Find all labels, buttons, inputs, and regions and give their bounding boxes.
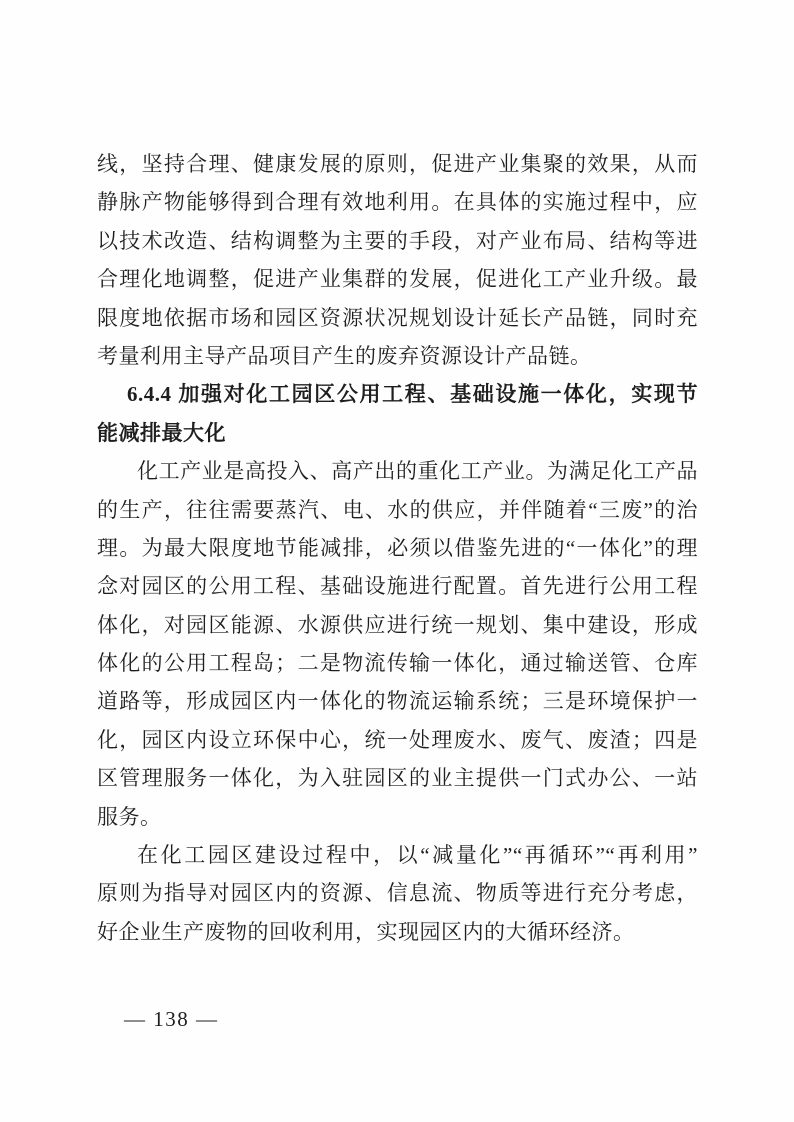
text-line: 体化的公用工程岛；二是物流传输一体化，通过输送管、仓库和 <box>97 644 698 682</box>
paragraph-3: 在化工园区建设过程中，以“减量化”“再循环”“再利用” 原则为指导对园区内的资源… <box>97 836 698 951</box>
text-line: 以技术改造、结构调整为主要的手段，对产业布局、结构等进行 <box>97 222 698 260</box>
text-line: 化，园区内设立环保中心，统一处理废水、废气、废渣；四是园 <box>97 721 698 759</box>
text-line: 在化工园区建设过程中，以“减量化”“再循环”“再利用” <box>97 836 698 874</box>
text-line: 合理化地调整，促进产业集群的发展，促进化工产业升级。最大 <box>97 260 698 298</box>
text-block: 线，坚持合理、健康发展的原则，促进产业集聚的效果，从而使 静脉产物能够得到合理有… <box>97 145 698 951</box>
paragraph-continuation: 线，坚持合理、健康发展的原则，促进产业集聚的效果，从而使 静脉产物能够得到合理有… <box>97 145 698 375</box>
text-line: 好企业生产废物的回收利用，实现园区内的大循环经济。 <box>97 913 698 951</box>
text-line: 服务。 <box>97 798 698 836</box>
text-line: 念对园区的公用工程、基础设施进行配置。首先进行公用工程一 <box>97 567 698 605</box>
heading-line: 6.4.4 加强对化工园区公用工程、基础设施一体化，实现节 <box>97 375 698 413</box>
paragraph-2: 化工产业是高投入、高产出的重化工产业。为满足化工产品 的生产，往往需要蒸汽、电、… <box>97 452 698 836</box>
text-line: 限度地依据市场和园区资源状况规划设计延长产品链，同时充分 <box>97 299 698 337</box>
heading-line: 能减排最大化 <box>97 414 698 452</box>
section-heading-6-4-4: 6.4.4 加强对化工园区公用工程、基础设施一体化，实现节 能减排最大化 <box>97 375 698 452</box>
text-line: 区管理服务一体化，为入驻园区的业主提供一门式办公、一站式 <box>97 759 698 797</box>
text-line: 化工产业是高投入、高产出的重化工产业。为满足化工产品 <box>97 452 698 490</box>
text-line: 考量利用主导产品项目产生的废弃资源设计产品链。 <box>97 337 698 375</box>
text-line: 原则为指导对园区内的资源、信息流、物质等进行充分考虑，做 <box>97 874 698 912</box>
text-line: 线，坚持合理、健康发展的原则，促进产业集聚的效果，从而使 <box>97 145 698 183</box>
text-line: 的生产，往往需要蒸汽、电、水的供应，并伴随着“三废”的治 <box>97 491 698 529</box>
document-page: 线，坚持合理、健康发展的原则，促进产业集聚的效果，从而使 静脉产物能够得到合理有… <box>0 0 794 1122</box>
text-line: 静脉产物能够得到合理有效地利用。在具体的实施过程中，应该 <box>97 183 698 221</box>
page-number: — 138 — <box>124 1004 219 1034</box>
text-line: 体化，对园区能源、水源供应进行统一规划、集中建设，形成一 <box>97 606 698 644</box>
text-line: 理。为最大限度地节能减排，必须以借鉴先进的“一体化”的理 <box>97 529 698 567</box>
text-line: 道路等，形成园区内一体化的物流运输系统；三是环境保护一体 <box>97 682 698 720</box>
